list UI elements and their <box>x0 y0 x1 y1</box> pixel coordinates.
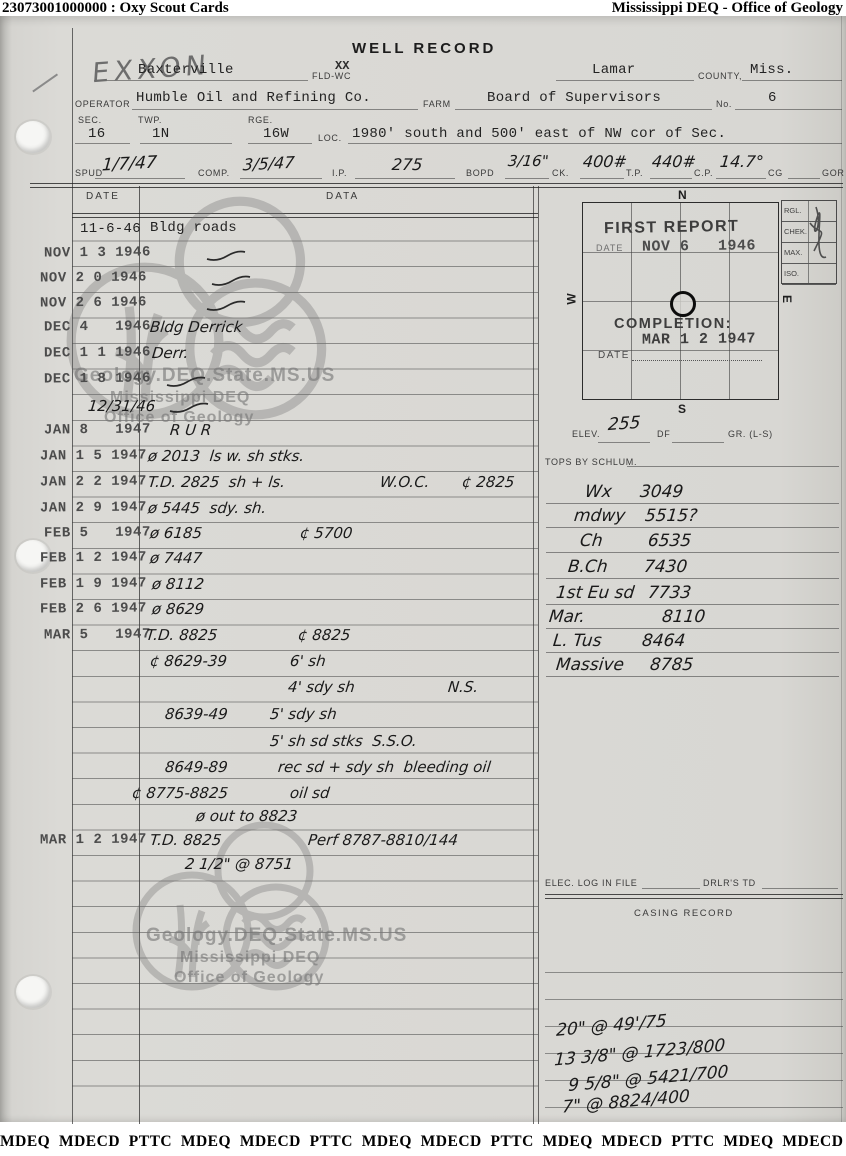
row-data-entry: R U R <box>169 421 212 439</box>
gravity-value: 14.7° <box>719 152 765 171</box>
operator-label: OPERATOR <box>75 99 130 109</box>
row-date: FEB 5 1947 <box>44 524 151 541</box>
tp-label: T.P. <box>626 168 643 178</box>
viewer-footer: MDEQ MDECD PTTC MDEQ MDECD PTTC MDEQ MDE… <box>0 1133 846 1151</box>
completion-stamp-title: COMPLETION: <box>614 316 732 332</box>
row-data-entry: ø 8629 <box>151 600 205 618</box>
formation-name: Massive <box>555 655 625 675</box>
formation-top-row: Mar.8110 <box>545 607 843 632</box>
comp-label: COMP. <box>198 168 230 178</box>
check-grid-scribble <box>802 203 834 267</box>
sec-value: 16 <box>88 126 105 142</box>
loc-label: LOC. <box>318 133 342 143</box>
formation-depth: 3049 <box>639 482 684 502</box>
watermark-line3: Office of Geology <box>174 968 407 988</box>
check-grid-label: MAX. <box>784 248 802 257</box>
row-data-entry: Bldg roads <box>150 220 237 236</box>
check-grid-label: ISO. <box>784 269 799 278</box>
formation-depth: 8785 <box>649 655 694 675</box>
check-mark <box>165 375 207 393</box>
formation-depth: 5515? <box>644 506 698 526</box>
formation-depth: 7430 <box>643 557 688 577</box>
row-data-entry: ¢ 8629-39 <box>149 652 228 670</box>
row-data-entry: N.S. <box>447 678 479 696</box>
formation-name: Ch <box>579 531 604 551</box>
formation-top-row: mdwy5515? <box>545 506 843 531</box>
section-divider-line <box>30 183 843 188</box>
table-row: 5' sh sd stks S.S.O. <box>0 731 846 757</box>
county-value: Lamar <box>592 62 636 78</box>
viewer-header: 23073001000000 : Oxy Scout Cards Mississ… <box>0 0 846 16</box>
compass-west: W <box>565 293 579 304</box>
cg-label: CG <box>768 168 783 178</box>
first-report-date: NOV 6 1946 <box>642 237 756 255</box>
elec-log-label: ELEC. LOG IN FILE <box>545 878 637 888</box>
check-mark <box>210 274 252 292</box>
formation-top-row: B.Ch7430 <box>545 557 843 582</box>
casing-pressure-value: 440# <box>651 152 697 171</box>
row-data-entry: 2 1/2" @ 8751 <box>184 855 294 873</box>
ip-label: I.P. <box>332 168 347 178</box>
rge-value: 16W <box>263 126 289 142</box>
formation-top-row: L. Tus8464 <box>545 631 843 656</box>
completion-date-line <box>632 346 762 361</box>
well-record-card: Geology.DEQ.State.MS.US Mississippi DEQ … <box>0 16 846 1122</box>
row-data-entry: ¢ 2825 <box>461 473 515 491</box>
row-data-entry: 5' sh sd stks S.S.O. <box>269 732 418 750</box>
table-row: 8649-89rec sd + sdy sh bleeding oil <box>0 757 846 783</box>
farm-label: FARM <box>423 99 451 109</box>
formation-name: mdwy <box>573 506 626 526</box>
row-data-entry: Derr. <box>151 344 189 362</box>
row-date: DEC 1 8 1946 <box>44 370 151 387</box>
date-column-header: DATE <box>86 191 120 202</box>
row-date: MAR 1 2 1947 <box>40 831 147 848</box>
row-data-entry: ø 2013 ls w. sh stks. <box>147 447 305 465</box>
table-row: JAN 1 5 1947ø 2013 ls w. sh stks. <box>0 446 846 472</box>
field-value: Baxterville <box>138 62 234 78</box>
formation-name: 1st Eu sd <box>555 583 635 603</box>
row-date: DEC 1 1 1946 <box>44 344 151 361</box>
table-row: 2 1/2" @ 8751 <box>0 854 846 880</box>
twp-label: TWP. <box>138 115 162 125</box>
table-row: 8639-495' sdy sh <box>0 704 846 730</box>
elev-gr-label: GR. (L-S) <box>728 429 773 439</box>
row-date: JAN 8 1947 <box>44 421 151 438</box>
row-data-entry: T.D. 8825 <box>149 831 222 849</box>
table-row: MAR 1 2 1947T.D. 8825Perf 8787-8810/144 <box>0 830 846 856</box>
row-data-entry: ø 7447 <box>149 549 203 567</box>
table-row: JAN 8 1947R U R <box>0 420 846 446</box>
row-data-entry: 8639-49 <box>164 705 229 723</box>
elev-label: ELEV. <box>572 429 600 439</box>
ip-value: 275 <box>391 155 424 174</box>
formation-depth: 7733 <box>647 583 692 603</box>
row-data-entry: ¢ 8825 <box>297 626 351 644</box>
completion-date-label: DATE <box>598 350 630 361</box>
formation-depth: 6535 <box>647 531 692 551</box>
row-data-entry: 5' sdy sh <box>269 705 338 723</box>
row-date: JAN 1 5 1947 <box>40 447 147 464</box>
row-date: FEB 1 2 1947 <box>40 549 147 566</box>
twp-value: 1N <box>152 126 169 142</box>
comp-value: 3/5/47 <box>242 153 295 175</box>
farm-value: Board of Supervisors <box>487 90 661 106</box>
formation-top-row: Wx3049 <box>545 482 843 507</box>
row-data-entry: ¢ 8775-8825 <box>131 784 229 802</box>
check-grid-label: RGL. <box>784 206 802 215</box>
first-report-date-label: DATE <box>596 243 623 253</box>
punch-hole <box>16 976 50 1008</box>
row-data-entry: T.D. 8825 <box>145 626 218 644</box>
county-label: COUNTY, <box>698 71 742 81</box>
operator-value: Humble Oil and Refining Co. <box>136 90 371 106</box>
row-date: NOV 2 6 1946 <box>40 294 147 311</box>
formation-top-row: Ch6535 <box>545 531 843 556</box>
formation-name: L. Tus <box>552 631 603 651</box>
loc-value: 1980' south and 500' east of NW cor of S… <box>352 126 726 142</box>
table-row: ø out to 8823 <box>0 806 846 832</box>
gor-label: GOR <box>822 168 845 178</box>
punch-hole <box>16 121 50 153</box>
row-data-entry: 6' sh <box>289 652 327 670</box>
row-date: 12/31/46 <box>87 397 156 415</box>
spud-value: 1/7/47 <box>101 153 157 176</box>
row-data-entry: oil sd <box>289 784 331 802</box>
row-data-entry: ø 5445 sdy. sh. <box>147 499 267 517</box>
row-data-entry: Bldg Derrick <box>149 318 243 336</box>
watermark-text: Geology.DEQ.State.MS.US Mississippi DEQ … <box>146 924 407 988</box>
check-mark <box>205 249 247 267</box>
data-column-header: DATA <box>326 191 359 202</box>
compass-south: S <box>678 402 686 416</box>
state-value: Miss. <box>750 62 794 78</box>
row-data-entry: ø 6185 <box>149 524 203 542</box>
watermark-line2: Mississippi DEQ <box>180 948 407 968</box>
row-data-entry: T.D. 2825 sh + ls. <box>147 473 286 491</box>
compass-east: E <box>780 295 794 303</box>
drlrs-td-label: DRLR'S TD <box>703 878 756 888</box>
row-data-entry: 4' sdy sh <box>287 678 356 696</box>
check-mark <box>168 401 210 419</box>
tops-by-schlum-label: TOPS BY SCHLUM. <box>545 457 637 467</box>
formation-top-row: 1st Eu sd7733 <box>545 583 843 608</box>
table-row: 4' sdy shN.S. <box>0 677 846 703</box>
rge-label: RGE. <box>248 115 273 125</box>
agency-title: Mississippi DEQ - Office of Geology <box>612 0 843 17</box>
row-date: NOV 1 3 1946 <box>44 244 151 261</box>
pencil-mark <box>32 74 57 92</box>
check-mark <box>205 299 247 317</box>
choke-value: 3/16" <box>507 152 549 170</box>
compass-north: N <box>678 188 687 202</box>
cp-label: C.P. <box>694 168 713 178</box>
elev-df-label: DF <box>657 429 670 439</box>
row-date: FEB 1 9 1947 <box>40 575 147 592</box>
well-number-label: No. <box>716 99 732 109</box>
row-data-entry: rec sd + sdy sh bleeding oil <box>277 758 492 776</box>
formation-name: Mar. <box>548 607 586 627</box>
row-date: MAR 5 1947 <box>44 626 151 643</box>
well-number-value: 6 <box>768 90 777 106</box>
row-date: DEC 4 1946 <box>44 318 151 335</box>
document-id-title: 23073001000000 : Oxy Scout Cards <box>2 0 229 17</box>
row-data-entry: W.O.C. <box>379 473 430 491</box>
row-data-entry: Perf 8787-8810/144 <box>307 831 459 849</box>
formation-depth: 8110 <box>661 607 706 627</box>
sec-label: SEC. <box>78 115 102 125</box>
first-report-stamp-title: FIRST REPORT <box>604 218 740 238</box>
bopd-label: BOPD <box>466 168 494 178</box>
row-data-entry: ¢ 5700 <box>299 524 353 542</box>
elev-value: 255 <box>607 413 641 435</box>
formation-name: B.Ch <box>567 557 609 577</box>
row-date: JAN 2 2 1947 <box>40 473 147 490</box>
ck-label: CK. <box>552 168 569 178</box>
row-data-entry: ø out to 8823 <box>195 807 298 825</box>
well-location-marker <box>670 291 696 317</box>
watermark-line1: Geology.DEQ.State.MS.US <box>146 924 407 948</box>
row-data-entry: 8649-89 <box>164 758 229 776</box>
row-date: JAN 2 9 1947 <box>40 499 147 516</box>
row-date: NOV 2 0 1946 <box>40 269 147 286</box>
page-title: WELL RECORD <box>352 40 496 57</box>
routing-check-grid: RGL. CHEK. MAX. ISO. <box>781 200 837 284</box>
scanned-well-record-page: 23073001000000 : Oxy Scout Cards Mississ… <box>0 0 846 1156</box>
tubing-pressure-value: 400# <box>582 152 628 171</box>
field-overstrike: XX <box>335 59 349 73</box>
row-data-entry: ø 8112 <box>151 575 205 593</box>
formation-top-row: Massive8785 <box>545 655 843 680</box>
casing-record-title: CASING RECORD <box>634 908 734 919</box>
row-date: 11-6-46 <box>80 221 141 237</box>
formation-depth: 8464 <box>641 631 686 651</box>
spud-label: SPUD <box>75 168 103 178</box>
formation-name: Wx <box>584 482 613 502</box>
row-date: FEB 2 6 1947 <box>40 600 147 617</box>
